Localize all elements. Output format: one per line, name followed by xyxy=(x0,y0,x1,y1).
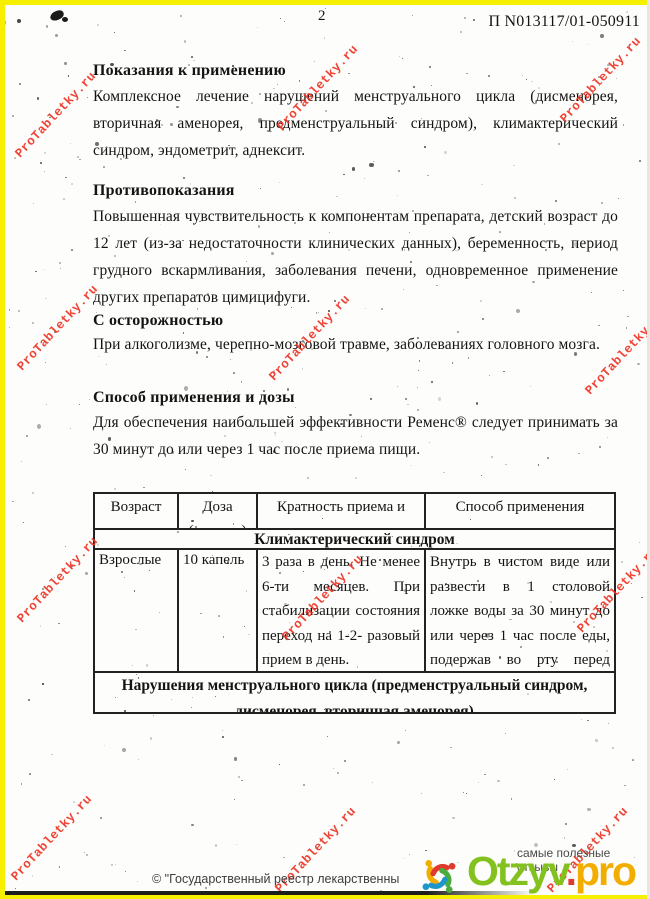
text-line: грудного вскармливания, заболевания пече… xyxy=(93,260,618,287)
text-line: Для обеспечения наибольшей эффективности… xyxy=(93,412,618,439)
text-line: 12 лет (из-за недостаточности клинически… xyxy=(93,233,618,260)
text-line: При алкоголизме, черепно-мозговой травме… xyxy=(93,334,618,361)
text-line: Повышенная чувствительность к компонента… xyxy=(93,206,618,233)
heading-contraindications: Противопоказания xyxy=(93,182,618,200)
text-line: Кратность приема и xyxy=(258,496,424,520)
table-section-climacteric: Климактерический синдром xyxy=(95,530,614,550)
text-line: 6-ти месяцев. При xyxy=(262,577,420,602)
text-line: или через 1 час после еды, xyxy=(430,626,610,651)
text-line: Комплексное лечение нарушений менструаль… xyxy=(93,86,618,113)
protabletky-watermark: ProTabletky.ru xyxy=(9,792,96,883)
text-line: дисменорея, вторичная аменорея) xyxy=(95,701,614,712)
text-line: развести в 1 столовой xyxy=(430,577,610,602)
text-line: 30 минут до или через 1 час после приема… xyxy=(93,439,618,466)
logo-dot: . xyxy=(566,848,575,894)
heading-dosage: Способ применения и дозы xyxy=(93,389,618,407)
copyright-text: © "Государственный реестр лекарственны xyxy=(152,872,399,886)
cell-frequency: 3 раза в день. Не менее6-ти месяцев. При… xyxy=(258,550,426,671)
logo-wordmark: Otzyv.pro xyxy=(467,850,635,893)
dosage-table: Возраст Доза(разовая) Кратность приема и… xyxy=(93,492,616,714)
table-header-row: Возраст Доза(разовая) Кратность приема и… xyxy=(95,494,614,530)
registration-number: П N013117/01-050911 xyxy=(470,13,640,31)
paragraph-caution: При алкоголизме, черепно-мозговой травме… xyxy=(93,334,618,361)
text-line: синдром, эндометрит, аднексит. xyxy=(93,140,618,167)
text-line: подержав во рту перед xyxy=(430,650,610,671)
otzyv-people-icon xyxy=(419,853,459,898)
protabletky-watermark: ProTabletky.ru xyxy=(15,282,102,373)
text-line: ложке воды за 30 минут до xyxy=(430,601,610,626)
header-dose: Доза(разовая) xyxy=(179,494,258,528)
text-line: прием в день. xyxy=(262,650,420,671)
text-line: стабилизации состояния xyxy=(262,601,420,626)
logo-part-pro: pro xyxy=(575,848,635,894)
heading-caution: С осторожностью xyxy=(93,312,618,330)
table-section-menstrual: Нарушения менструального цикла (предменс… xyxy=(95,673,614,712)
scan-border-bottom xyxy=(0,895,650,899)
text-line: Возраст xyxy=(95,496,177,520)
header-age: Возраст xyxy=(95,494,179,528)
paragraph-contraindications: Повышенная чувствительность к компонента… xyxy=(93,206,618,314)
otzyv-pro-logo[interactable]: Otzyv.pro xyxy=(419,850,635,898)
text-line: переход на 1-2- разовый xyxy=(262,626,420,651)
protabletky-watermark: ProTabletky.ru xyxy=(15,534,102,625)
scan-border-top xyxy=(0,0,650,5)
logo-part-otzyv: Otzyv xyxy=(467,848,566,894)
paragraph-indications: Комплексное лечение нарушений менструаль… xyxy=(93,86,618,167)
text-line: 3 раза в день. Не менее xyxy=(262,552,420,577)
text-line: других препаратов цимицифуги. xyxy=(93,287,618,314)
text-line: Способ применения xyxy=(426,496,614,520)
scan-smudge xyxy=(62,17,68,22)
protabletky-watermark: ProTabletky.ru xyxy=(13,69,100,160)
header-method: Способ применения xyxy=(426,494,614,528)
text-line: длительность курса xyxy=(258,520,424,528)
paragraph-dosage: Для обеспечения наибольшей эффективности… xyxy=(93,412,618,466)
scan-border-left xyxy=(0,0,5,899)
header-frequency: Кратность приема идлительность курса xyxy=(258,494,426,528)
heading-indications: Показания к применению xyxy=(93,62,618,80)
cell-age: Взрослые xyxy=(95,550,179,671)
text-line: Нарушения менструального цикла (предменс… xyxy=(95,675,614,701)
text-line: Доза xyxy=(179,496,256,520)
text-line: Внутрь в чистом виде или xyxy=(430,552,610,577)
cell-method: Внутрь в чистом виде илиразвести в 1 сто… xyxy=(426,550,614,671)
cell-dose: 10 капель xyxy=(179,550,258,671)
text-line: вторичная аменорея, предменструальный си… xyxy=(93,113,618,140)
table-data-row: Взрослые 10 капель 3 раза в день. Не мен… xyxy=(95,550,614,673)
text-line: (разовая) xyxy=(179,520,256,528)
scan-smudge xyxy=(17,19,21,23)
page-number: 2 xyxy=(318,8,326,25)
scanned-document-page: ProTabletky.ruProTabletky.ruProTabletky.… xyxy=(0,0,650,899)
